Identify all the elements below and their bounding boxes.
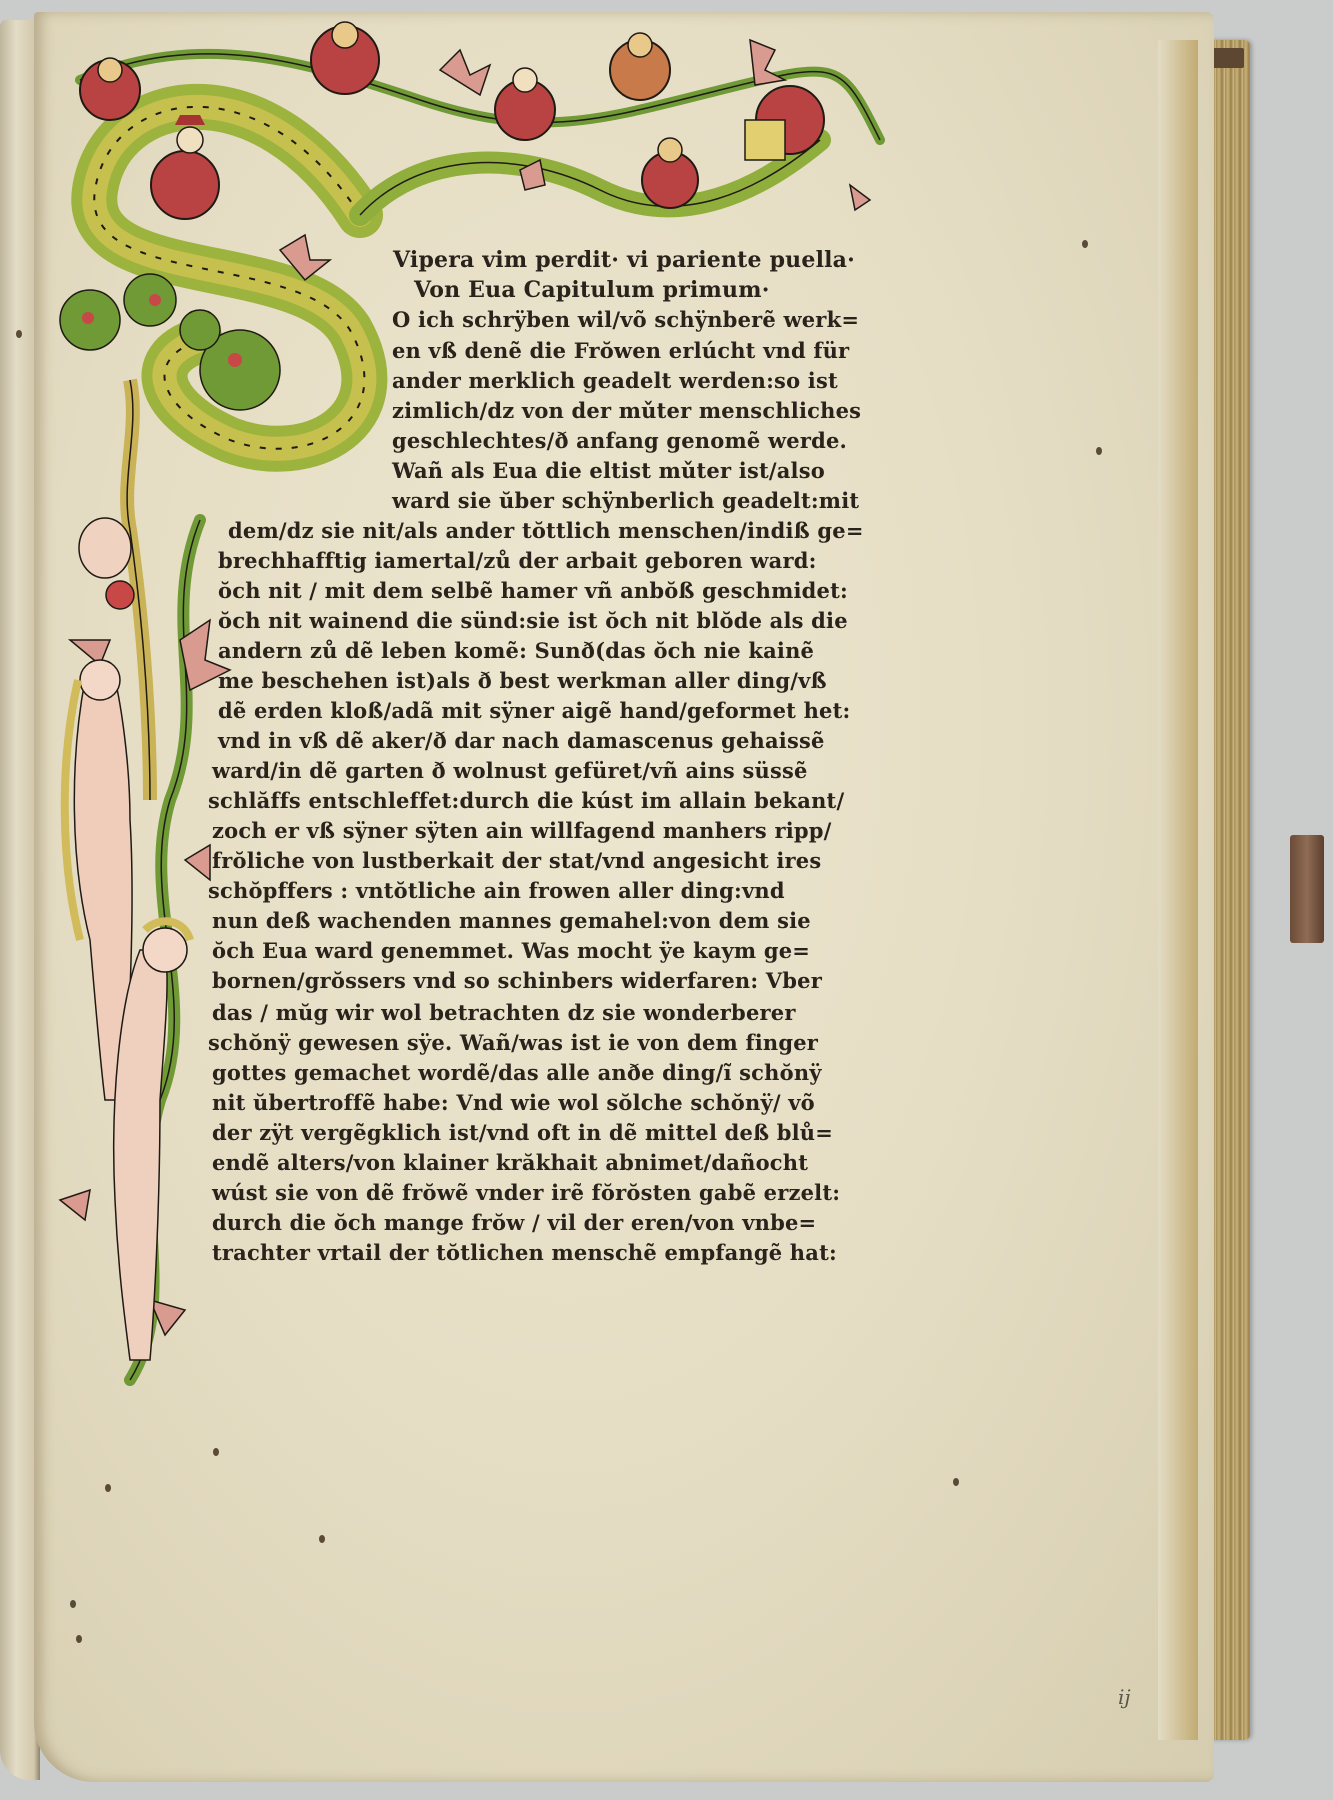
text-line: nit ŭbertroffẽ habe: Vnd wie wol sŏlche … (212, 1090, 815, 1115)
paper-spot (953, 1478, 959, 1486)
text-line: frŏliche von lustberkait der stat/vnd an… (212, 848, 821, 873)
text-line: trachter vrtail der tŏtlichen menschẽ em… (212, 1240, 837, 1265)
text-line: der zÿt vergẽgklich ist/vnd oft in dẽ mi… (212, 1120, 833, 1145)
text-line: wúst sie von dẽ frŏwẽ vnder irẽ fŏrŏsten… (212, 1180, 840, 1205)
text-line: zimlich/dz von der mǔter menschliches (392, 398, 861, 423)
text-line: me beschehen ist)als ð best werkman alle… (218, 668, 827, 693)
text-line: gottes gemachet wordẽ/das alle anðe ding… (212, 1060, 822, 1085)
text-line: ŏch Eua ward genemmet. Was mocht ÿe kaym… (212, 938, 810, 963)
text-line: O ich schrÿben wil/võ schÿnberẽ werk= (392, 307, 859, 332)
printed-text-block: Vipera vim perdit· vi pariente puella· V… (0, 0, 1333, 1800)
text-line: Wañ als Eua die eltist mǔter ist/also (392, 458, 825, 483)
paper-spot (1082, 240, 1088, 248)
text-line: ŏch nit / mit dem selbẽ hamer vñ anbŏß g… (218, 578, 848, 603)
text-line: andern zů dẽ leben komẽ: Sunð(das ŏch ni… (218, 638, 814, 663)
paper-spot (213, 1448, 219, 1456)
text-line: en vß denẽ die Frŏwen erlúcht vnd für (392, 338, 849, 363)
text-line: schŏpffers : vntŏtliche ain frowen aller… (208, 878, 785, 903)
text-line: ward sie ŭber schÿnberlich geadelt:mit (392, 488, 859, 513)
paper-spot (70, 1600, 76, 1608)
text-line: bornen/grŏssers vnd so schinbers widerfa… (212, 968, 822, 993)
incipit-motto: Vipera vim perdit· vi pariente puella· (393, 247, 855, 273)
text-line: endẽ alters/von klainer krăkhait abnimet… (212, 1150, 808, 1175)
text-line: geschlechtes/ð anfang genomẽ werde. (392, 428, 847, 453)
paper-spot (319, 1535, 325, 1543)
text-line: vnd in vß dẽ aker/ð dar nach damascenus … (218, 728, 825, 753)
text-line: schŏnÿ gewesen sÿe. Wañ/was ist ie von d… (208, 1030, 818, 1055)
text-line: ŏch nit wainend die sünd:sie ist ŏch nit… (218, 608, 848, 633)
paper-spot (16, 330, 22, 338)
text-line: brechhafftig iamertal/zů der arbait gebo… (218, 548, 817, 573)
text-line: schlăffs entschleffet:durch die kúst im … (208, 788, 844, 813)
text-line: nun deß wachenden mannes gemahel:von dem… (212, 908, 811, 933)
foliation-mark: ij (1118, 1685, 1131, 1709)
text-line: dem/dz sie nit/als ander tŏttlich mensch… (228, 518, 864, 543)
text-line: durch die ŏch mange frŏw / vil der eren/… (212, 1210, 816, 1235)
paper-spot (105, 1484, 111, 1492)
text-line: ward/in dẽ garten ð wolnust gefüret/vñ a… (212, 758, 808, 783)
text-line: zoch er vß sÿner sÿten ain willfagend ma… (212, 818, 832, 843)
chapter-heading: Von Eua Capitulum primum· (414, 277, 770, 303)
paper-spot (76, 1635, 82, 1643)
text-line: dẽ erden kloß/adã mit sÿner aigẽ hand/ge… (218, 698, 850, 723)
paper-spot (1096, 447, 1102, 455)
text-line: das / mŭg wir wol betrachten dz sie wond… (212, 1000, 796, 1025)
text-line: ander merklich geadelt werden:so ist (392, 368, 838, 393)
